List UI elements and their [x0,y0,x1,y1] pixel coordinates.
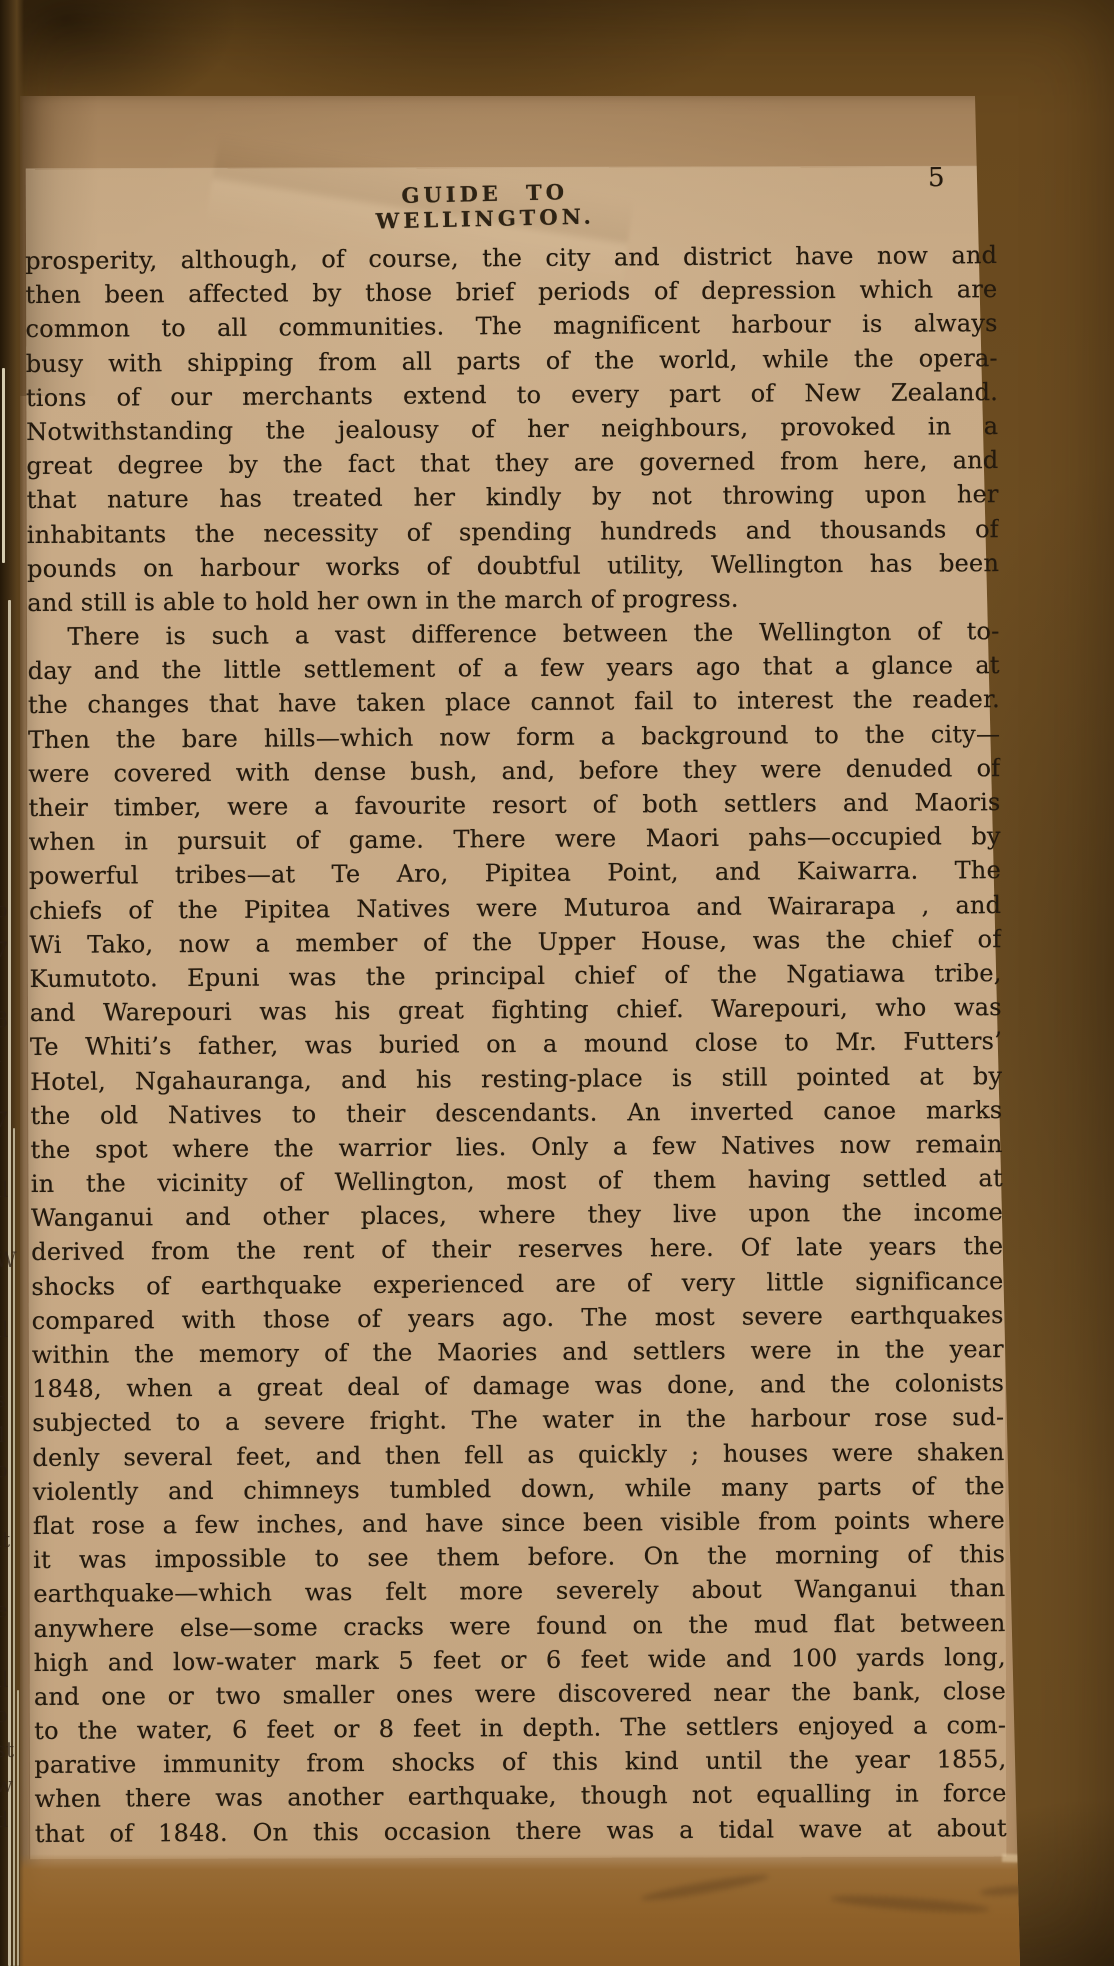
binding-gutter: o73l7ilWils1oiteilostwd [0,0,24,1966]
page-edge-stripe [2,368,5,563]
text-line: powerful tribes—at Te Aro, Pipitea Point… [29,853,1001,893]
text-line: busy with shipping from all parts of the… [26,341,998,381]
text-line: that nature has treated her kindly by no… [27,477,999,517]
gutter-text-fragment: it [0,1528,13,1552]
text-line: earthquake—which was felt more severely … [33,1571,1005,1611]
gutter-text-fragment: st [0,1738,13,1762]
running-header: GUIDE TO WELLINGTON. [314,177,655,235]
text-block: prosperity, although, of course, the cit… [25,238,1007,1851]
page-bottom-margin [20,1854,1020,1966]
text-line: derived from the rent of their reserves … [31,1229,1003,1269]
gutter-text-fragment: 3 [0,1008,13,1032]
paragraph: There is such a vast difference between … [27,614,1007,1851]
page-number: 5 [928,163,945,193]
text-line: pounds on harbour works of doubtful util… [27,546,999,586]
text-line: subjected to a severe fright. The water … [32,1400,1004,1440]
gutter-text-fragment: e [0,1598,13,1622]
text-line: when there was another earthquake, thoug… [34,1776,1006,1816]
text-line: Then the bare hills—which now form a bac… [28,717,1000,757]
text-line: inhabitants the necessity of spending hu… [27,512,999,552]
text-line: shocks of earthquake experienced are of … [31,1264,1003,1304]
gutter-text-fragment: il [0,1668,13,1692]
paragraph: prosperity, although, of course, the cit… [25,238,999,620]
text-line: the old Natives to their descendants. An… [30,1093,1002,1133]
scanned-book-page: GUIDE TO WELLINGTON. 5 prosperity, altho… [0,0,1114,1966]
gutter-text-fragment: o [0,1458,13,1482]
text-line: common to all communities. The magnifice… [26,306,998,346]
text-line: Hotel, Ngahauranga, and his resting-plac… [30,1059,1002,1099]
text-line: high and low-water mark 5 feet or 6 feet… [34,1640,1006,1680]
text-line: Wi Tako, now a member of the Upper House… [29,922,1001,962]
page-edge-stripe [17,1690,19,1966]
gutter-text-fragment: W [0,1248,13,1272]
gutter-text-fragment: 7 [0,938,13,962]
text-line: that of 1848. On this occasion there was… [35,1811,1007,1851]
gutter-text-fragment: il [0,1318,13,1342]
text-line: anywhere else—some cracks were found on … [33,1606,1005,1646]
text-line: violently and chimneys tumbled down, whi… [33,1469,1005,1509]
text-line: denly several feet, and then fell as qui… [32,1435,1004,1475]
gutter-text-fragment: 1 [0,1423,13,1447]
gutter-text-fragment: s [0,1388,13,1412]
gutter-text-fragment: o [0,1703,13,1727]
gutter-text-fragment: 7 [0,1108,13,1132]
page-edge-sliver [1002,1854,1112,1866]
gutter-text-fragment: w [0,1773,13,1797]
gutter-text-fragment: l [0,1043,13,1067]
text-line: the changes that have taken place cannot… [28,683,1000,723]
gutter-text-fragment: o [0,898,13,922]
text-line: tions of our merchants extend to every p… [26,375,998,415]
text-line: chiefs of the Pipitea Natives were Mutur… [29,888,1001,928]
text-line: Te Whiti’s father, was buried on a mound… [30,1024,1002,1064]
gutter-text-fragment: il [0,1178,13,1202]
gutter-text-fragment: d [0,1808,13,1832]
